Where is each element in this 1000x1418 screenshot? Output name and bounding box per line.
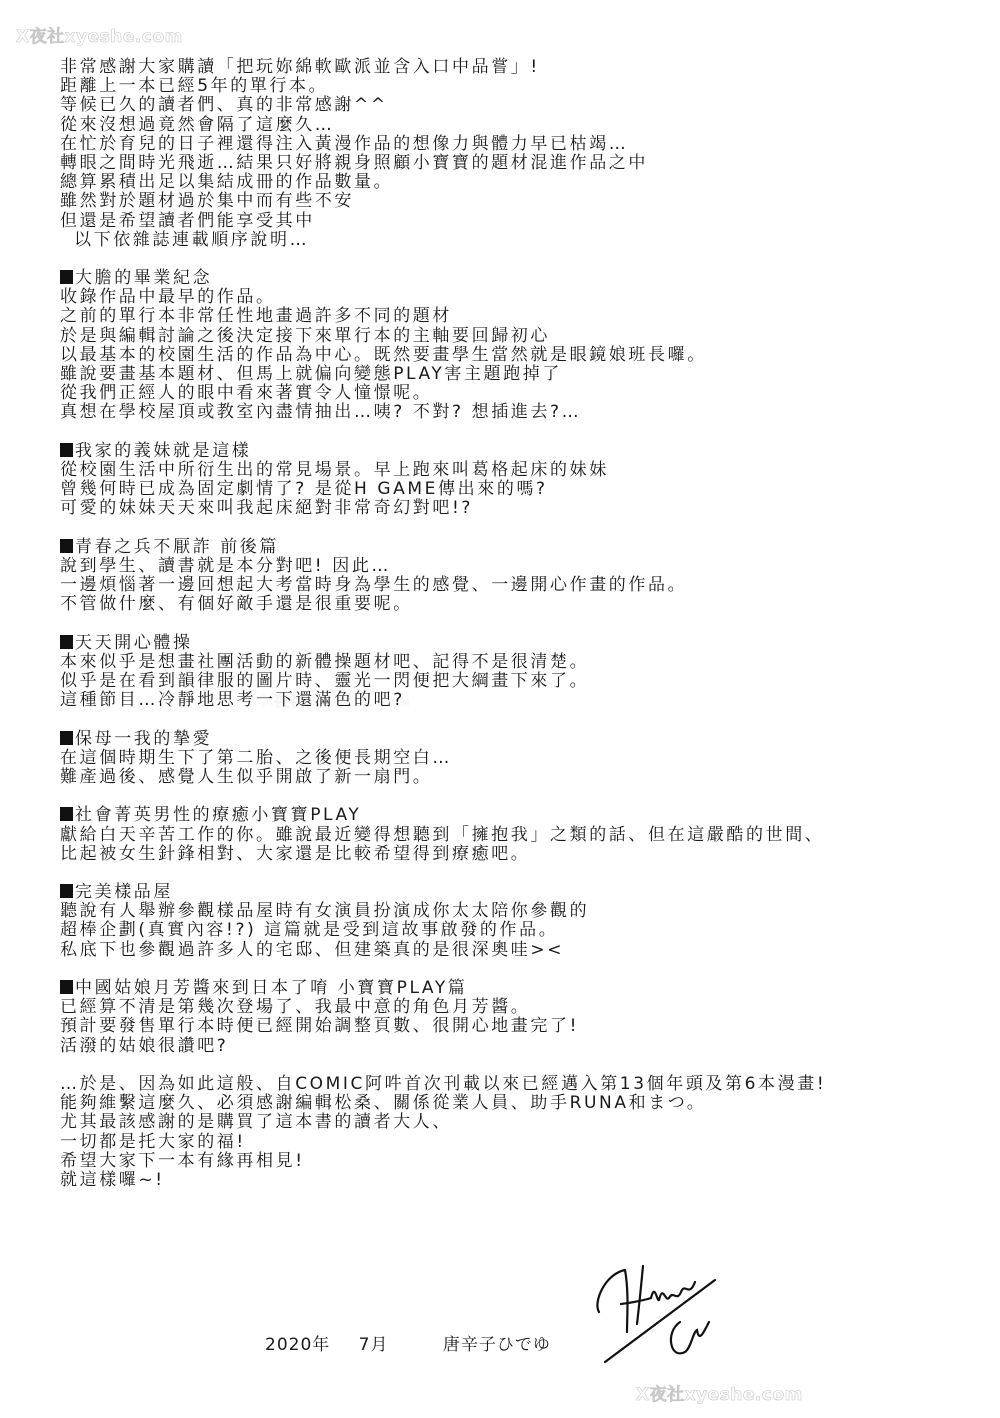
footer-signoff: 2020年 7月 唐辛子ひでゆ	[265, 1330, 551, 1355]
bullet-square-icon	[60, 980, 73, 994]
bullet-square-icon	[60, 539, 73, 553]
afterword-page: 非常感謝大家購讀「把玩妳綿軟歐派並含入口中品嘗」! 距離上一本已經5年的單行本。…	[60, 58, 960, 1190]
intro-line: 雖然對於題材過於集中而有些不安	[60, 192, 960, 211]
section-heading: 我家的義妹就是這樣	[60, 442, 960, 461]
section-graduation: 大膽的畢業紀念 收錄作品中最早的作品。 之前的單行本非常任性地畫過許多不同的題材…	[60, 269, 960, 423]
section-heading: 完美樣品屋	[60, 883, 960, 902]
section-elite: 社會菁英男性的療癒小寶寶PLAY 獻給白天辛苦工作的你。雖說最近變得想聽到「擁抱…	[60, 806, 960, 864]
intro-line: 距離上一本已經5年的單行本。	[60, 77, 960, 96]
spacer	[60, 710, 960, 729]
section-line: 難產過後、感覺人生似乎開啟了新一扇門。	[60, 768, 960, 787]
section-line: 超棒企劃(真實內容!?) 這篇就是受到這故事啟發的作品。	[60, 921, 960, 940]
section-sister: 我家的義妹就是這樣 從校園生活中所衍生出的常見場景。早上跑來叫葛格起床的妹妹 曾…	[60, 442, 960, 519]
section-line: 真想在學校屋頂或教室內盡情抽出…咦? 不對? 想插進去?…	[60, 403, 960, 422]
spacer	[60, 519, 960, 538]
section-title: 保母一我的摯愛	[75, 729, 212, 749]
closing-line: 就這樣囉~!	[60, 1171, 960, 1190]
section-line: 一邊煩惱著一邊回想起大考當時身為學生的感覺、一邊開心作畫的作品。	[60, 576, 960, 595]
closing-line: …於是、因為如此這般、自COMIC阿吽首次刊載以來已經邁入第13個年頭及第6本漫…	[60, 1075, 960, 1094]
section-title: 社會菁英男性的療癒小寶寶PLAY	[75, 805, 361, 825]
intro-line: 在忙於育兒的日子裡還得注入黃漫作品的想像力與體力早已枯竭…	[60, 135, 960, 154]
section-line: 於是與編輯討論之後決定接下來單行本的主軸要回歸初心	[60, 327, 960, 346]
spacer	[60, 614, 960, 633]
spacer	[60, 960, 960, 979]
section-model-house: 完美樣品屋 聽說有人舉辦參觀樣品屋時有女演員扮演成你太太陪你參觀的 超棒企劃(真…	[60, 883, 960, 960]
closing-paragraph: …於是、因為如此這般、自COMIC阿吽首次刊載以來已經邁入第13個年頭及第6本漫…	[60, 1075, 960, 1190]
bullet-square-icon	[60, 807, 73, 821]
spacer	[60, 1056, 960, 1075]
section-line: 不管做什麼、有個好敵手還是很重要呢。	[60, 595, 960, 614]
section-title: 我家的義妹就是這樣	[75, 441, 251, 461]
intro-line: 非常感謝大家購讀「把玩妳綿軟歐派並含入口中品嘗」!	[60, 58, 960, 77]
section-title: 天天開心體操	[75, 633, 193, 653]
section-title: 完美樣品屋	[75, 882, 173, 902]
closing-line: 希望大家下一本有緣再相見!	[60, 1152, 960, 1171]
watermark-bottom: X夜社xyeshe.com	[636, 1380, 803, 1405]
section-heading: 保母一我的摯愛	[60, 730, 960, 749]
section-line: 本來似乎是想畫社團活動的新體操題材吧、記得不是很清楚。	[60, 653, 960, 672]
section-line: 比起被女生針鋒相對、大家還是比較希望得到療癒吧。	[60, 845, 960, 864]
intro-line: 總算累積出足以集結成冊的作品數量。	[60, 173, 960, 192]
intro-line: 以下依雜誌連載順序說明…	[60, 231, 960, 250]
section-heading: 社會菁英男性的療癒小寶寶PLAY	[60, 806, 960, 825]
section-line: 預計要發售單行本時便已經開始調整頁數、很開心地畫完了!	[60, 1017, 960, 1036]
intro-line: 從來沒想過竟然會隔了這麼久…	[60, 116, 960, 135]
section-line: 獻給白天辛苦工作的你。雖說最近變得想聽到「擁抱我」之類的話、但在這嚴酷的世間、	[60, 826, 960, 845]
intro-paragraph: 非常感謝大家購讀「把玩妳綿軟歐派並含入口中品嘗」! 距離上一本已經5年的單行本。…	[60, 58, 960, 250]
section-heading: 天天開心體操	[60, 634, 960, 653]
section-title: 青春之兵不厭詐 前後篇	[75, 537, 279, 557]
signature-icon	[585, 1262, 725, 1372]
spacer	[60, 423, 960, 442]
spacer	[60, 864, 960, 883]
spacer	[60, 787, 960, 806]
intro-line: 但還是希望讀者們能享受其中	[60, 212, 960, 231]
closing-line: 能夠維繫這麼久、必須感謝編輯松桑、關係從業人員、助手RUNA和まつ。	[60, 1094, 960, 1113]
section-line: 已經算不清是第幾次登場了、我最中意的角色月芳醬。	[60, 998, 960, 1017]
date-month: 7月	[359, 1330, 389, 1355]
section-gymnastics: 天天開心體操 本來似乎是想畫社團活動的新體操題材吧、記得不是很清楚。 似乎是在看…	[60, 634, 960, 711]
section-line: 活潑的姑娘很讚吧?	[60, 1037, 960, 1056]
section-line: 在這個時期生下了第二胎、之後便長期空白…	[60, 749, 960, 768]
section-line: 這種節目…冷靜地思考一下還滿色的吧?	[60, 691, 960, 710]
section-line: 說到學生、讀書就是本分對吧! 因此…	[60, 557, 960, 576]
watermark-top: X夜社xyeshe.com	[16, 22, 183, 47]
section-title: 中國姑娘月芳醬來到日本了唷 小寶寶PLAY篇	[75, 978, 467, 998]
section-line: 似乎是在看到韻律服的圖片時、靈光一閃便把大綱畫下來了。	[60, 672, 960, 691]
section-line: 可愛的妹妹天天來叫我起床絕對非常奇幻對吧!?	[60, 499, 960, 518]
spacer	[60, 250, 960, 269]
section-heading: 中國姑娘月芳醬來到日本了唷 小寶寶PLAY篇	[60, 979, 960, 998]
section-youth: 青春之兵不厭詐 前後篇 說到學生、讀書就是本分對吧! 因此… 一邊煩惱著一邊回想…	[60, 538, 960, 615]
intro-line: 轉眼之間時光飛逝…結果只好將親身照顧小寶寶的題材混進作品之中	[60, 154, 960, 173]
section-nanny: 保母一我的摯愛 在這個時期生下了第二胎、之後便長期空白… 難產過後、感覺人生似乎…	[60, 730, 960, 788]
section-title: 大膽的畢業紀念	[75, 268, 212, 288]
section-china-girl: 中國姑娘月芳醬來到日本了唷 小寶寶PLAY篇 已經算不清是第幾次登場了、我最中意…	[60, 979, 960, 1056]
section-line: 以最基本的校園生活的作品為中心。既然要畫學生當然就是眼鏡娘班長囉。	[60, 346, 960, 365]
section-heading: 大膽的畢業紀念	[60, 269, 960, 288]
section-line: 從我們正經人的眼中看來著實令人憧憬呢。	[60, 384, 960, 403]
section-line: 之前的單行本非常任性地畫過許多不同的題材	[60, 307, 960, 326]
bullet-square-icon	[60, 635, 73, 649]
section-line: 收錄作品中最早的作品。	[60, 288, 960, 307]
bullet-square-icon	[60, 731, 73, 745]
section-line: 從校園生活中所衍生出的常見場景。早上跑來叫葛格起床的妹妹	[60, 461, 960, 480]
closing-line: 尤其最該感謝的是購買了這本書的讀者大人、	[60, 1113, 960, 1132]
closing-line: 一切都是托大家的福!	[60, 1133, 960, 1152]
author-name: 唐辛子ひでゆ	[443, 1330, 551, 1355]
section-line: 曾幾何時已成為固定劇情了? 是從H GAME傳出來的嗎?	[60, 480, 960, 499]
section-line: 聽說有人舉辦參觀樣品屋時有女演員扮演成你太太陪你參觀的	[60, 902, 960, 921]
bullet-square-icon	[60, 443, 73, 457]
date-year: 2020年	[265, 1330, 330, 1355]
section-heading: 青春之兵不厭詐 前後篇	[60, 538, 960, 557]
section-line: 雖說要畫基本題材、但馬上就偏向變態PLAY害主題跑掉了	[60, 365, 960, 384]
section-line: 私底下也參觀過許多人的宅邸、但建築真的是很深奧哇><	[60, 941, 960, 960]
bullet-square-icon	[60, 884, 73, 898]
intro-line: 等候已久的讀者們、真的非常感謝^^	[60, 96, 960, 115]
bullet-square-icon	[60, 270, 73, 284]
